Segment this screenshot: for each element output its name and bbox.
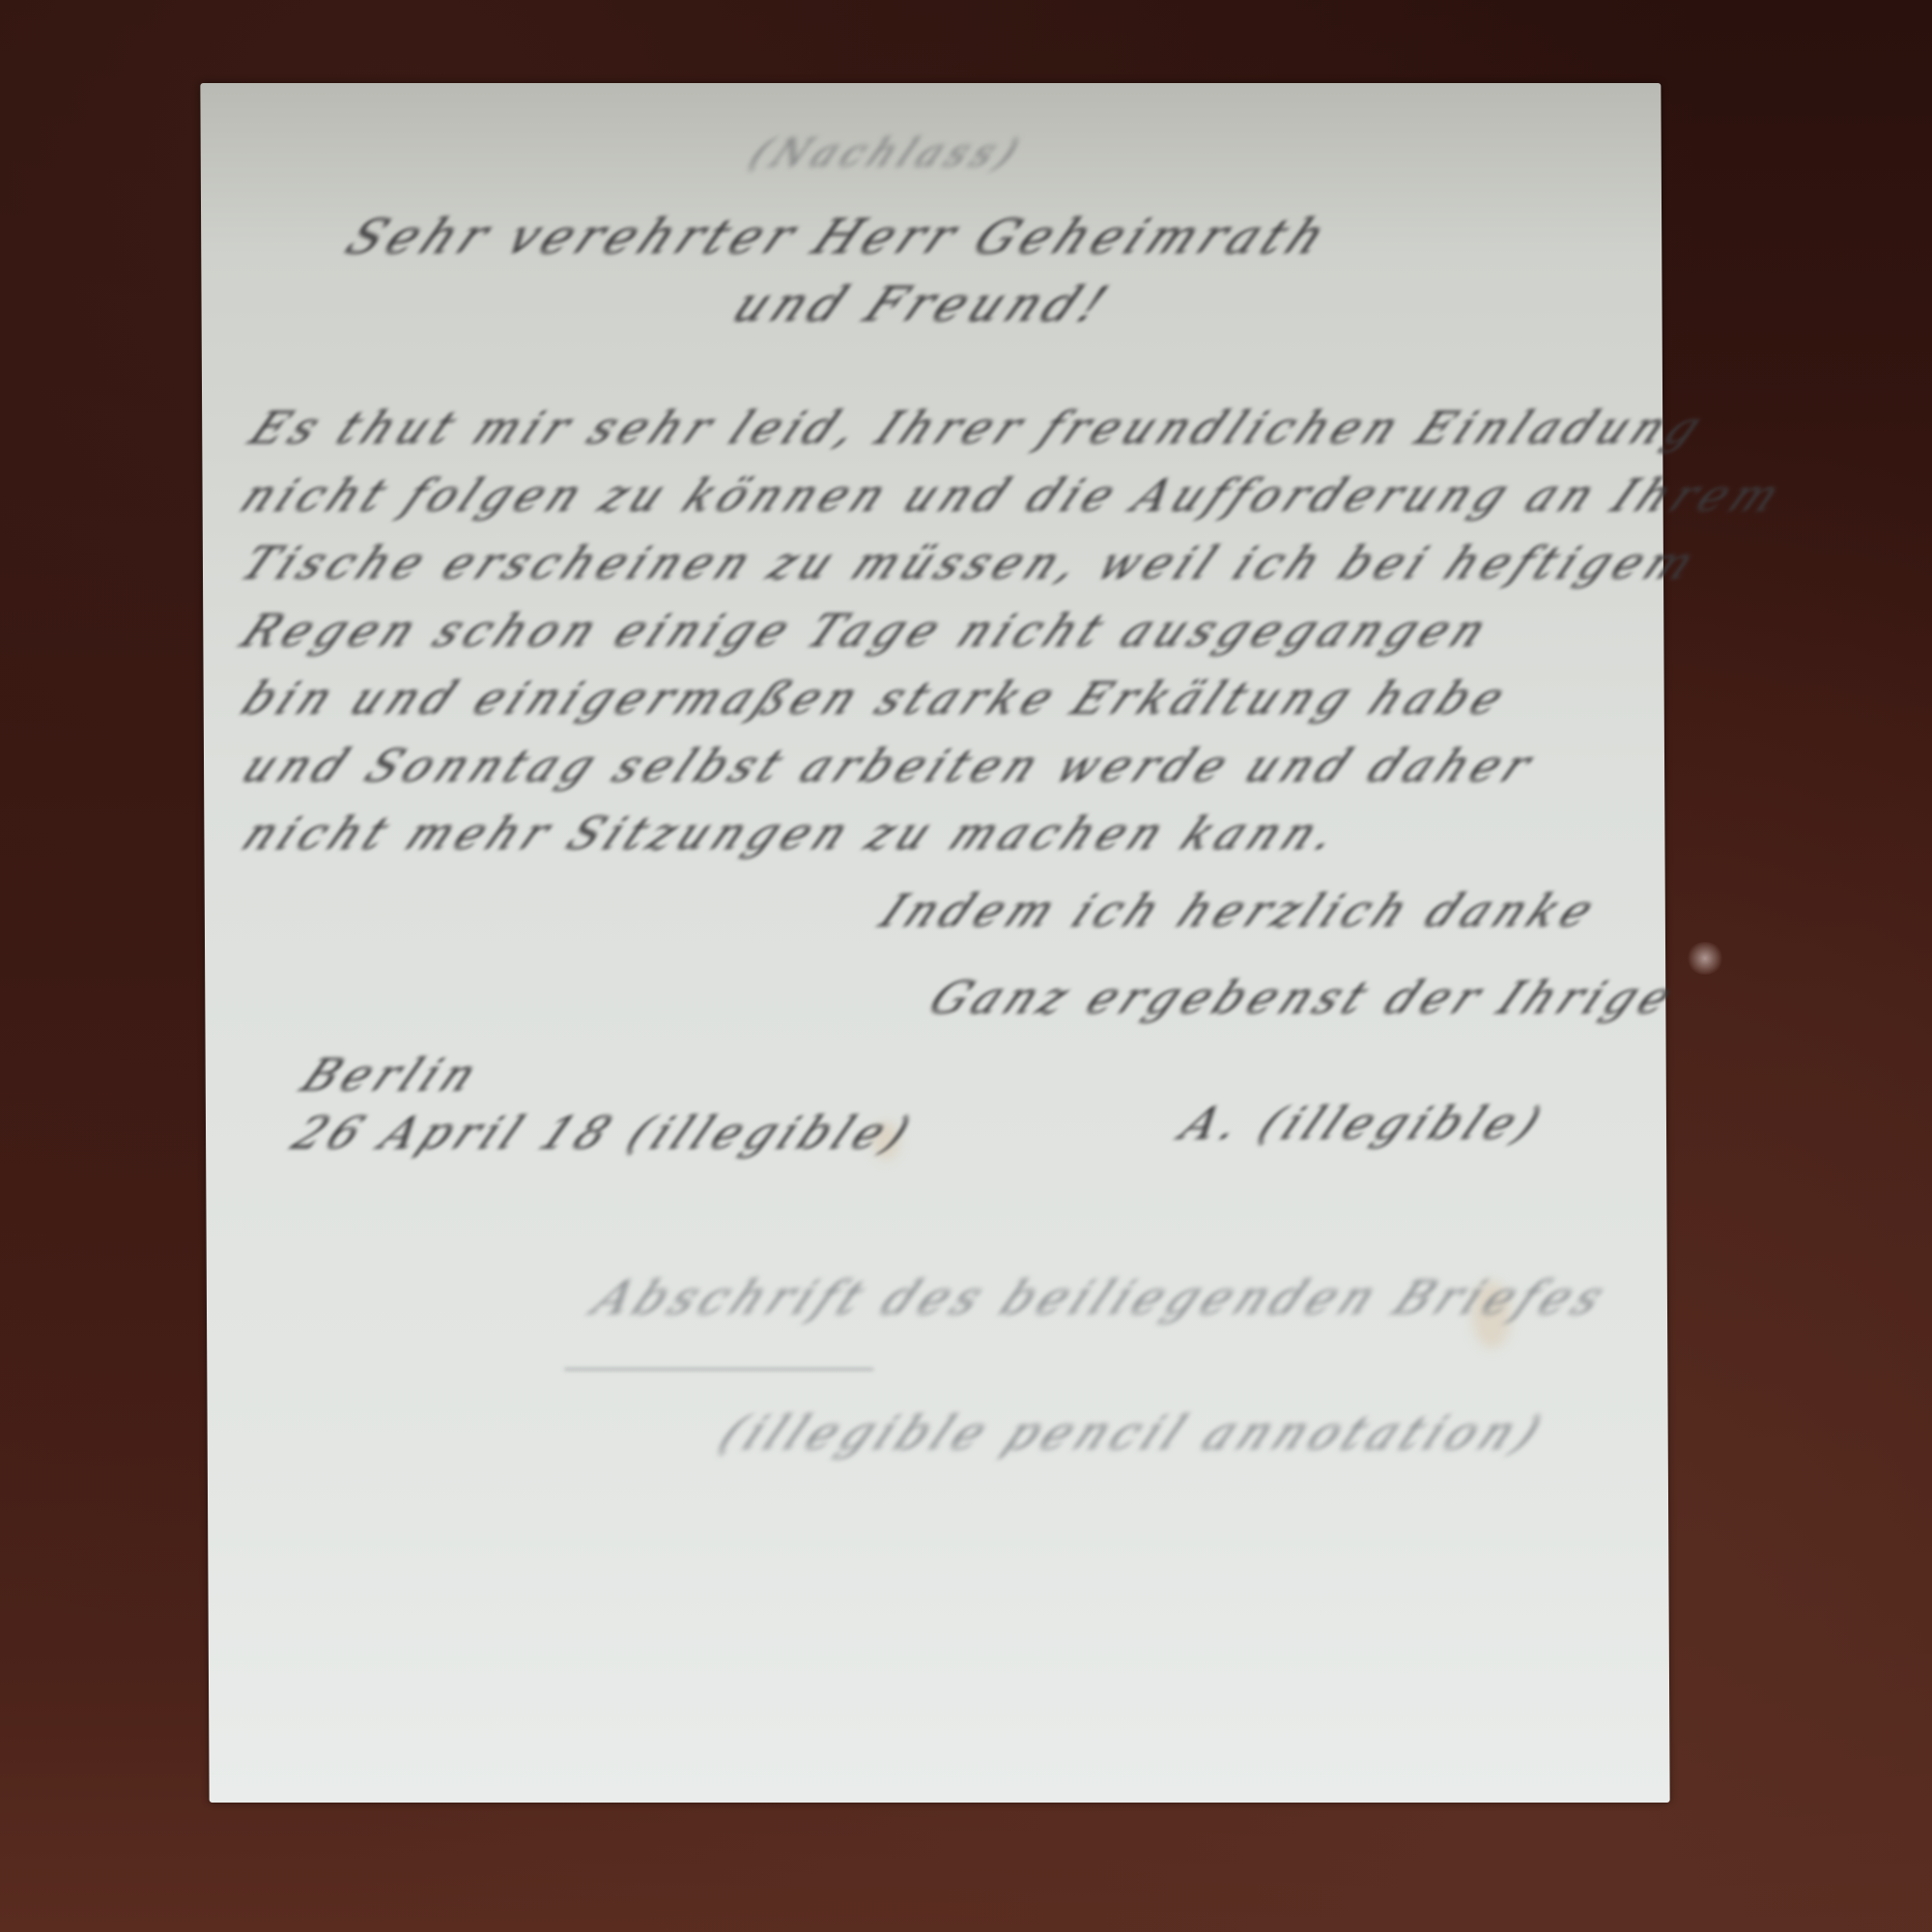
body-line-7: nicht mehr Sitzungen zu machen kann. [234, 808, 1353, 860]
pencil-note-2: (illegible pencil annotation) [710, 1406, 1556, 1461]
letter-sheet: (Nachlass) Sehr verehrter Herr Geheimrat… [200, 83, 1669, 1803]
place: Berlin [293, 1049, 493, 1101]
body-line-3: Tische erscheinen zu müssen, weil ich be… [232, 537, 1710, 589]
body-line-6: und Sonntag selbst arbeiten werde und da… [233, 740, 1547, 792]
light-reflection [1686, 942, 1724, 975]
closing-line-2: Ganz ergebenst der Ihrige [920, 972, 1687, 1024]
signature: A. (illegible) [1172, 1097, 1556, 1150]
closing-line-1: Indem ich herzlich danke [871, 885, 1609, 937]
pencil-underline [564, 1368, 873, 1371]
salutation-line-2: und Freund! [724, 276, 1123, 332]
archive-note: (Nachlass) [742, 131, 1032, 176]
body-line-4: Regen schon einige Tage nicht ausgegange… [232, 605, 1501, 657]
body-line-1: Es thut mir sehr leid, Ihrer freundliche… [241, 402, 1716, 454]
salutation-line-1: Sehr verehrter Herr Geheimrath [336, 209, 1342, 265]
pencil-note-1: Abschrift des beiliegenden Briefes [583, 1271, 1620, 1325]
body-line-2: nicht folgen zu können und die Aufforder… [232, 469, 1796, 522]
body-line-5: bin und einigermaßen starke Erkältung ha… [233, 672, 1520, 724]
date: 26 April 18 (illegible) [283, 1107, 924, 1159]
